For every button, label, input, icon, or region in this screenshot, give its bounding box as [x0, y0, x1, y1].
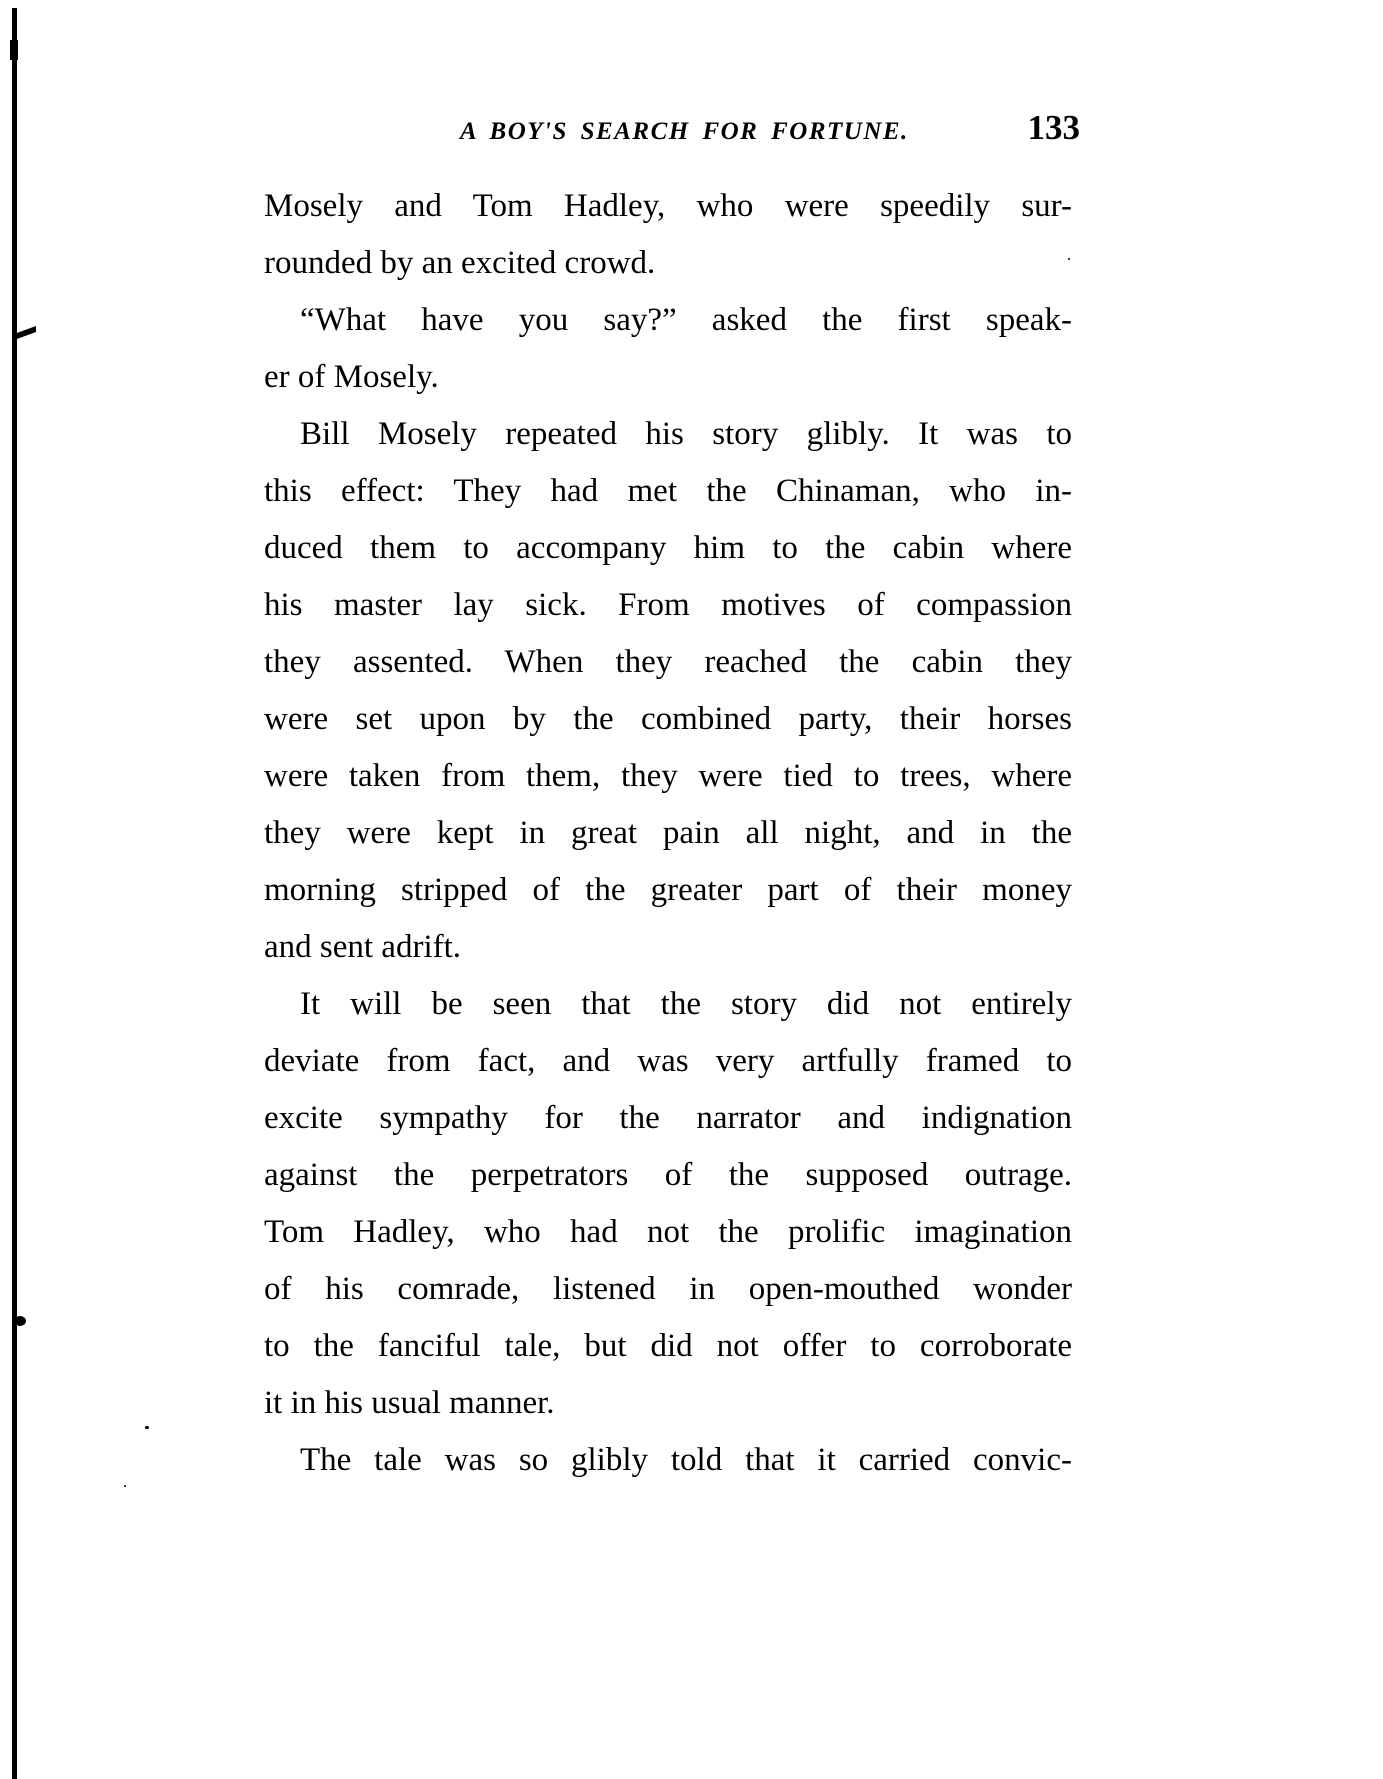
text-line: they were kept in great pain all night, …	[264, 805, 1072, 862]
page-number: 133	[1028, 108, 1081, 148]
text-line: were taken from them, they were tied to …	[264, 748, 1072, 805]
binding-tear-mark	[14, 1316, 26, 1326]
text-line: they assented. When they reached the cab…	[264, 634, 1072, 691]
text-line: Bill Mosely repeated his story glibly. I…	[264, 406, 1072, 463]
text-line: morning stripped of the greater part of …	[264, 862, 1072, 919]
text-line: deviate from fact, and was very artfully…	[264, 1033, 1072, 1090]
text-line: The tale was so glibly told that it carr…	[264, 1432, 1072, 1489]
text-line: Mosely and Tom Hadley, who were speedily…	[264, 178, 1072, 235]
text-line: “What have you say?” asked the first spe…	[264, 292, 1072, 349]
text-line: it in his usual manner.	[264, 1375, 1072, 1432]
text-line: were set upon by the combined party, the…	[264, 691, 1072, 748]
text-line: to the fanciful tale, but did not offer …	[264, 1318, 1072, 1375]
text-line: rounded by an excited crowd.	[264, 235, 1072, 292]
text-line: excite sympathy for the narrator and ind…	[264, 1090, 1072, 1147]
binding-tear-mark	[14, 326, 36, 340]
binding-tear-mark	[10, 40, 18, 60]
scan-speck	[124, 1485, 126, 1487]
text-line: of his comrade, listened in open-mouthed…	[264, 1261, 1072, 1318]
text-line: this effect: They had met the Chinaman, …	[264, 463, 1072, 520]
scan-speck	[145, 1426, 149, 1429]
text-line: er of Mosely.	[264, 349, 1072, 406]
running-head: A BOY'S SEARCH FOR FORTUNE. 133	[400, 108, 1080, 152]
text-line: and sent adrift.	[264, 919, 1072, 976]
body-text: Mosely and Tom Hadley, who were speedily…	[264, 178, 1072, 1489]
page-binding-edge	[12, 8, 17, 1779]
text-line: Tom Hadley, who had not the prolific ima…	[264, 1204, 1072, 1261]
text-line: It will be seen that the story did not e…	[264, 976, 1072, 1033]
running-title: A BOY'S SEARCH FOR FORTUNE.	[460, 118, 909, 146]
text-line: his master lay sick. From motives of com…	[264, 577, 1072, 634]
text-line: against the perpetrators of the supposed…	[264, 1147, 1072, 1204]
text-line: duced them to accompany him to the cabin…	[264, 520, 1072, 577]
